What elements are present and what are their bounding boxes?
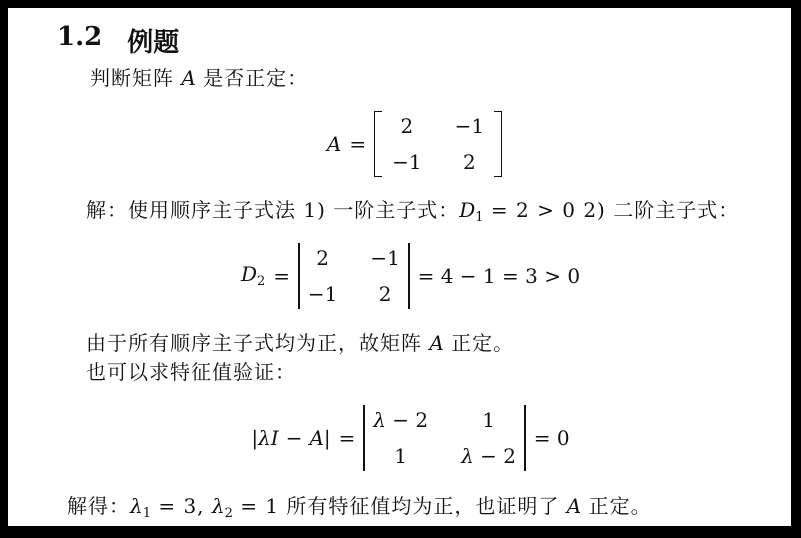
equation-matrix-a: A = 2 −1 −1 2 bbox=[48, 108, 781, 180]
subscript: 1 bbox=[143, 506, 151, 521]
matrix-cell: 1 bbox=[482, 408, 495, 432]
math-variable-a: A bbox=[567, 494, 581, 518]
text-run: = 1 所有特征值均为正，也证明了 bbox=[233, 494, 567, 518]
equals-sign: = bbox=[339, 426, 356, 450]
text-run: 也可以求特征值验证： bbox=[86, 360, 296, 384]
determinant-bar-right bbox=[524, 405, 526, 471]
math-variable-a: A bbox=[327, 132, 341, 156]
matrix-cell: 2 bbox=[401, 114, 414, 138]
math-lambda: λ bbox=[212, 494, 225, 518]
minus-sign: − bbox=[286, 426, 303, 450]
equation-row: D2 = 2 −1 −1 2 = 4 − 1 = 3 > 0 bbox=[241, 243, 588, 309]
matrix-cell: −1 bbox=[455, 114, 484, 138]
section-title: 例题 bbox=[127, 22, 179, 59]
section-heading: 1.2 例题 bbox=[57, 22, 179, 59]
math-lambda: λ bbox=[373, 408, 386, 432]
matrix-cell: 2 bbox=[379, 282, 392, 306]
math-variable-a: A bbox=[181, 66, 195, 90]
text-run: 正定。 bbox=[444, 331, 514, 355]
subscript: 2 bbox=[225, 506, 233, 521]
equation-row: A = 2 −1 −1 2 bbox=[327, 111, 502, 177]
text-run: − 2 bbox=[474, 444, 516, 468]
document-page: 1.2 例题 判断矩阵 A 是否正定： A = 2 −1 −1 2 解：使用顺序… bbox=[8, 8, 791, 526]
subscript: 2 bbox=[257, 274, 265, 289]
matrix-cell: 2 bbox=[463, 150, 476, 174]
screenshot-root: { "heading": { "number": "1.2", "title":… bbox=[0, 0, 801, 538]
matrix-cell: 1 bbox=[394, 444, 407, 468]
matrix-cells: 2 −1 −1 2 bbox=[384, 111, 492, 177]
matrix-cell: −1 bbox=[308, 282, 337, 306]
text-run: = 3, bbox=[151, 494, 212, 518]
section-number: 1.2 bbox=[57, 22, 102, 59]
text-run: 解得： bbox=[67, 494, 130, 518]
paragraph-conclusion-line2: 也可以求特征值验证： bbox=[86, 359, 296, 385]
text-run: 正定。 bbox=[581, 494, 651, 518]
equals-sign: = bbox=[273, 264, 290, 288]
matrix-cell: −1 bbox=[370, 246, 399, 270]
paragraph-solution: 解：使用顺序主子式法 1) 一阶主子式：D1 = 2 > 0 2) 二阶主子式： bbox=[86, 197, 739, 231]
paragraph-problem: 判断矩阵 A 是否正定： bbox=[90, 65, 308, 91]
matrix-cells: λ − 2 1 1 λ − 2 bbox=[365, 405, 524, 471]
paragraph-result: 解得：λ1 = 3, λ2 = 1 所有特征值均为正，也证明了 A 正定。 bbox=[67, 493, 652, 527]
matrix-cell: λ − 2 bbox=[461, 444, 516, 468]
text-run: 由于所有顺序主子式均为正，故矩阵 bbox=[86, 331, 429, 355]
text-run: − 2 bbox=[386, 408, 428, 432]
text-run: 解：使用顺序主子式法 1) 一阶主子式： bbox=[86, 198, 459, 222]
left-bracket bbox=[374, 111, 382, 177]
equation-eigenvalues: |λI−A| = λ − 2 1 1 λ − 2 = 0 bbox=[48, 404, 781, 471]
equation-row: |λI−A| = λ − 2 1 1 λ − 2 = 0 bbox=[251, 405, 577, 471]
text-run: 是否正定： bbox=[196, 66, 308, 90]
math-variable-d: D bbox=[241, 262, 257, 286]
subscript: 1 bbox=[475, 210, 483, 225]
matrix-cell: λ − 2 bbox=[373, 408, 428, 432]
matrix-cells: 2 −1 −1 2 bbox=[300, 243, 408, 309]
text-run: 判断矩阵 bbox=[90, 66, 181, 90]
math-variable-d2: D2 bbox=[241, 262, 265, 289]
matrix-cell: −1 bbox=[392, 150, 421, 174]
determinant-bar-right bbox=[408, 243, 410, 309]
math-variable-a: A bbox=[429, 331, 443, 355]
paragraph-conclusion-line1: 由于所有顺序主子式均为正，故矩阵 A 正定。 bbox=[86, 330, 514, 356]
equation-rhs: = 4 − 1 = 3 > 0 bbox=[418, 264, 580, 288]
equation-rhs: = 0 bbox=[534, 426, 570, 450]
text-run: = 2 > 0 2) 二阶主子式： bbox=[484, 198, 740, 222]
math-lambda: λ bbox=[130, 494, 143, 518]
math-variable-d1: D bbox=[459, 198, 475, 222]
math-variable-a: A bbox=[309, 426, 323, 450]
math-lambda-i: λI bbox=[258, 426, 279, 450]
abs-bar-right: | bbox=[324, 426, 331, 450]
math-lambda: λ bbox=[461, 444, 474, 468]
equals-sign: = bbox=[349, 132, 366, 156]
matrix-cell: 2 bbox=[316, 246, 329, 270]
right-bracket bbox=[494, 111, 502, 177]
equation-determinant-d2: D2 = 2 −1 −1 2 = 4 − 1 = 3 > 0 bbox=[48, 239, 781, 312]
